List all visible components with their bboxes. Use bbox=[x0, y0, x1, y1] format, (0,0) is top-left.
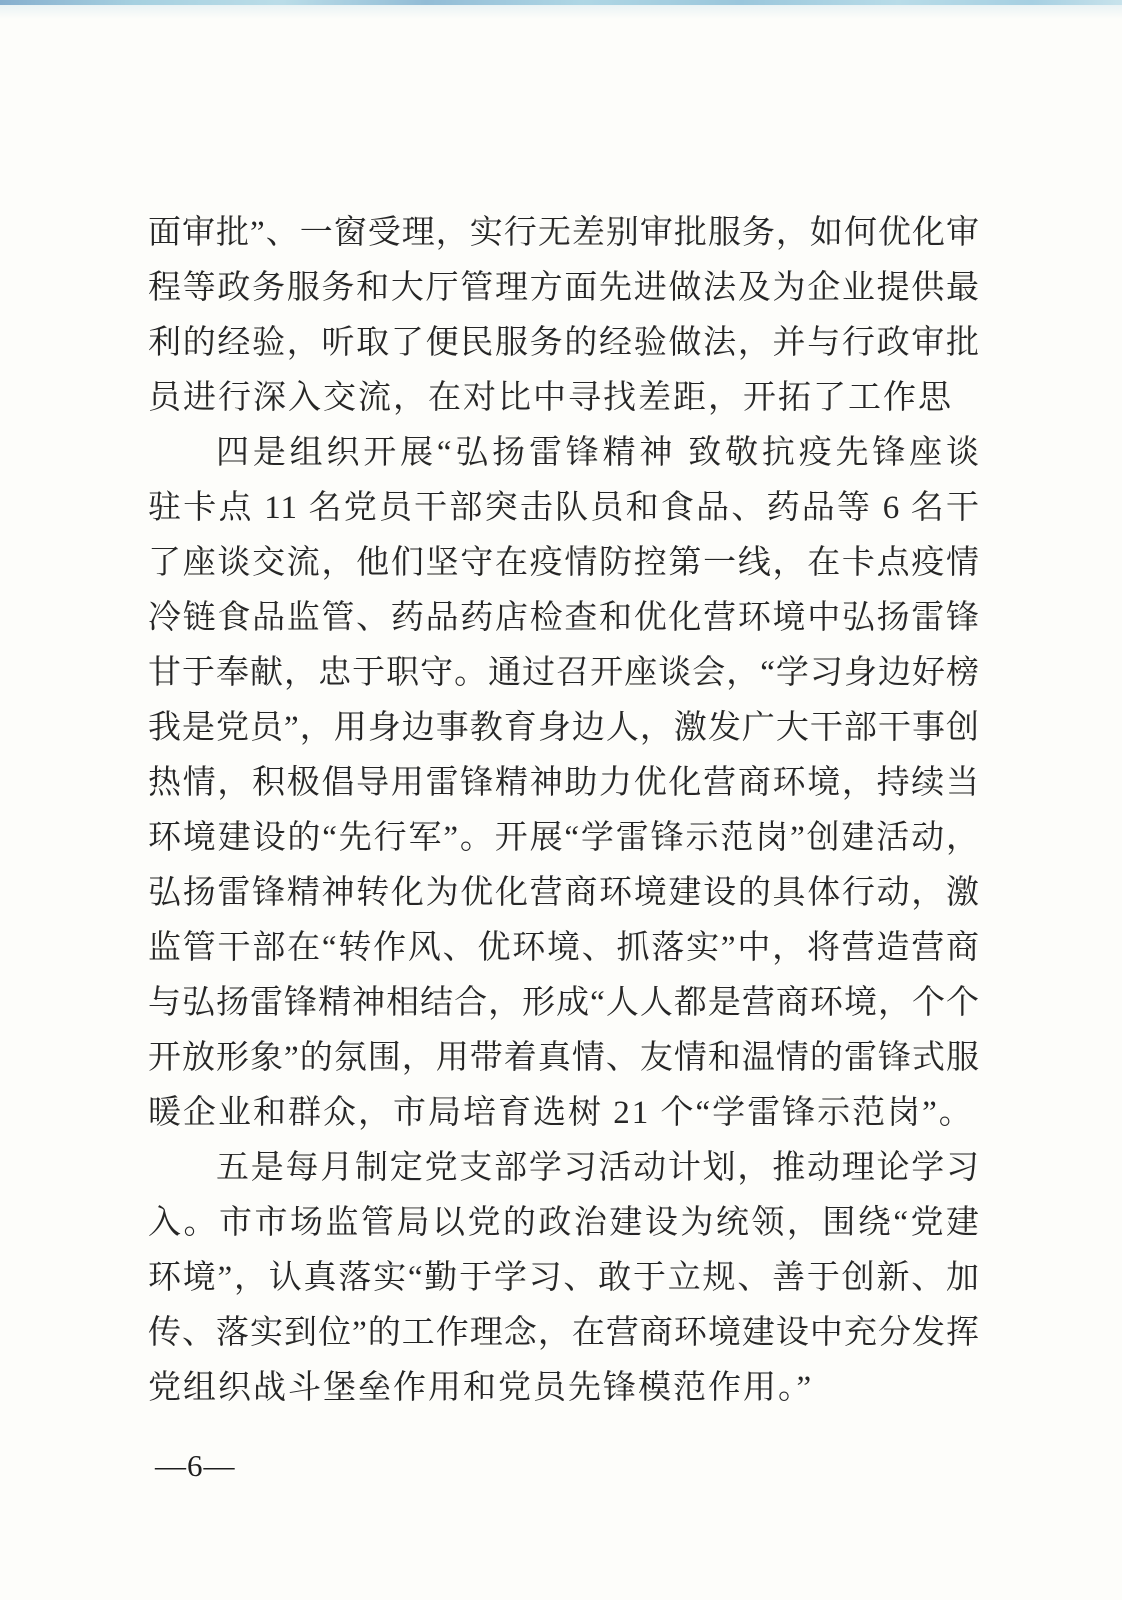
text-line: 与弘扬雷锋精神相结合，形成“人人都是营商环境，个个都是 bbox=[148, 976, 980, 1031]
text-line: 环境”，认真落实“勤于学习、敢于立规、善于创新、加强宣 bbox=[148, 1251, 980, 1306]
text-line: 监管干部在“转作风、优环境、抓落实”中，将营造营商环境 bbox=[148, 921, 980, 976]
text-line: 党组织战斗堡垒作用和党员先锋模范作用。” bbox=[148, 1361, 980, 1416]
text-line: 利的经验，听取了便民服务的经验做法，并与行政审批大厅人 bbox=[148, 316, 980, 371]
scanned-document-page: { "page": { "number_label": "—6—", "back… bbox=[0, 0, 1122, 1600]
text-line: 暖企业和群众，市局培育选树 21 个“学雷锋示范岗”。 bbox=[148, 1086, 980, 1141]
page-number: —6— bbox=[155, 1448, 236, 1484]
document-body: 面审批”、一窗受理，实行无差别审批服务，如何优化审批流 程等政务服务和大厅管理方… bbox=[148, 206, 980, 1416]
text-line: 甘于奉献，忠于职守。通过召开座谈会，“学习身边好榜样. bbox=[148, 646, 980, 701]
text-line: 冷链食品监管、药品药店检查和优化营环境中弘扬雷锋精神， bbox=[148, 591, 980, 646]
text-line: 面审批”、一窗受理，实行无差别审批服务，如何优化审批流 bbox=[148, 206, 980, 261]
text-line: 驻卡点 11 名党员干部突击队员和食品、药品等 6 名干部进行 bbox=[148, 481, 980, 536]
text-line: 员进行深入交流，在对比中寻找差距，开拓了工作思路。 bbox=[148, 371, 980, 426]
text-line: 弘扬雷锋精神转化为优化营商环境建设的具体行动，激发市场 bbox=[148, 866, 980, 921]
text-line: 环境建设的“先行军”。开展“学雷锋示范岗”创建活动，将 bbox=[148, 811, 980, 866]
text-line: 程等政务服务和大厅管理方面先进做法及为企业提供最大便 bbox=[148, 261, 980, 316]
scan-edge-fade bbox=[0, 5, 1122, 19]
text-line paragraph-first-line: 五是每月制定党支部学习活动计划，推动理论学习走向深 bbox=[148, 1141, 980, 1196]
text-line: 开放形象”的氛围，用带着真情、友情和温情的雷锋式服务温 bbox=[148, 1031, 980, 1086]
text-line: 了座谈交流，他们坚守在疫情防控第一线，在卡点疫情防控、 bbox=[148, 536, 980, 591]
text-line paragraph-first-line: 四是组织开展“弘扬雷锋精神 致敬抗疫先锋座谈会”。派 bbox=[148, 426, 980, 481]
text-line: 我是党员”，用身边事教育身边人，激发广大干部干事创业的 bbox=[148, 701, 980, 756]
text-line: 入。市市场监管局以党的政治建设为统领，围绕“党建+营商 bbox=[148, 1196, 980, 1251]
text-line: 传、落实到位”的工作理念，在营商环境建设中充分发挥基层 bbox=[148, 1306, 980, 1361]
text-line: 热情，积极倡导用雷锋精神助力优化营商环境，持续当好营商 bbox=[148, 756, 980, 811]
